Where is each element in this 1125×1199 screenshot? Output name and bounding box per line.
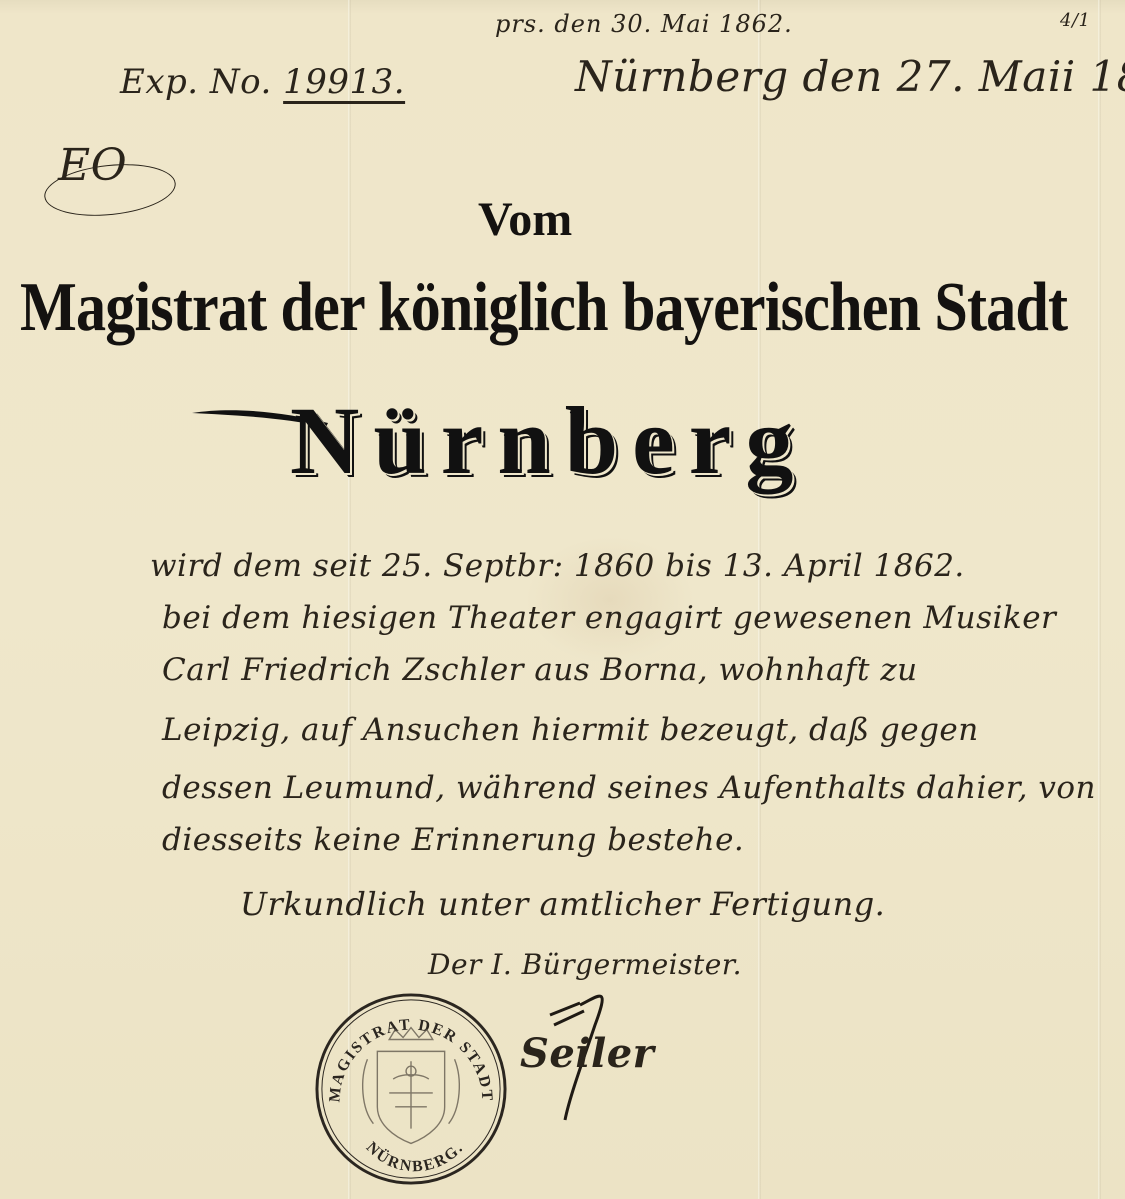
svg-text:NÜRNBERG.: NÜRNBERG. [363,1139,467,1176]
signature: Seiler [520,1030,654,1077]
dateline: Nürnberg den 27. Maii 1862. [575,52,1125,101]
signatory-title: Der I. Bürgermeister. [428,948,742,981]
reference-value: 19913. [283,62,405,102]
body-line: diesseits keine Erinnerung bestehe. [162,822,744,858]
issuer-vom: Vom [478,192,572,247]
folio-number: 4/1 [1060,10,1090,31]
closing-formula: Urkundlich unter amtlicher Fertigung. [240,885,885,923]
reference-number: Exp. No. 19913. [120,62,405,102]
city-name: Nürnberg [290,385,807,496]
issuer-heading: Magistrat der königlich bayerischen Stad… [20,268,1067,348]
registry-mark: EO [58,140,127,191]
document-page: prs. den 30. Mai 1862. 4/1 Exp. No. 1991… [0,0,1125,1199]
fold-line [1098,0,1101,1199]
reference-label: Exp. No. [120,62,272,102]
seal-stamp-icon: MAGISTRAT DER STADT NÜRNBERG. [312,990,510,1188]
body-line: bei dem hiesigen Theater engagirt gewese… [162,600,1056,636]
body-line: wird dem seit 25. Septbr: 1860 bis 13. A… [150,548,965,584]
received-note: prs. den 30. Mai 1862. [495,10,793,38]
body-line: Carl Friedrich Zschler aus Borna, wohnha… [162,652,918,688]
body-line: dessen Leumund, während seines Aufenthal… [162,770,1096,806]
body-line: Leipzig, auf Ansuchen hiermit bezeugt, d… [162,712,979,748]
